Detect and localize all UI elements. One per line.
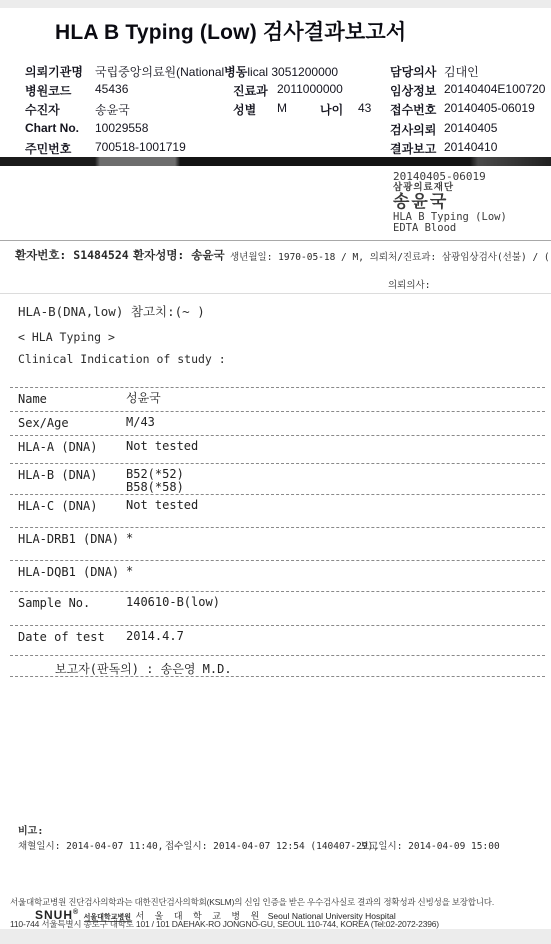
row-label: HLA-A (DNA) [18, 440, 126, 463]
field-value-request-org: 국립중앙의료원(National병동lical 3051200000 [95, 63, 338, 80]
row-value: B52(*52) B58(*58) [126, 468, 184, 494]
patient-name: 환자성명: 송윤국 [133, 247, 225, 263]
row-label: HLA-C (DNA) [18, 499, 126, 527]
patient-birth-info: 생년월일: 1970-05-18 / M, 의뢰처/진료과: 삼광임상검사(선불… [230, 249, 550, 263]
field-value-sex: M [277, 101, 287, 115]
table-row: HLA-DQB1 (DNA)* [10, 561, 545, 592]
result-table: Name성윤국 Sex/AgeM/43 HLA-A (DNA)Not teste… [10, 387, 545, 677]
field-value-department: 2011000000 [277, 82, 343, 96]
row-value: Not tested [126, 440, 198, 463]
collect-time: 채혈일시: 2014-04-07 11:40, [18, 838, 163, 852]
bottom-margin-strip [0, 929, 551, 944]
field-value-doctor: 김대인 [444, 63, 479, 80]
registered-mark: ® [73, 909, 79, 916]
field-label-doctor: 담당의사 [390, 63, 436, 80]
request-org-part1: 국립중앙의료원(National [95, 65, 224, 79]
field-label-result-report: 결과보고 [390, 140, 436, 157]
field-label-receipt-no: 접수번호 [390, 101, 436, 118]
field-value-chart-no: 10029558 [95, 121, 148, 135]
row-label: Sample No. [18, 596, 126, 625]
field-value-test-request: 20140405 [444, 121, 497, 135]
field-label-hospital-code: 병원코드 [25, 82, 71, 99]
remarks-label: 비고: [18, 822, 43, 837]
table-row: Sample No.140610-B(low) [10, 592, 545, 626]
request-org-part2: lical 3051200000 [247, 65, 338, 79]
row-label: Sex/Age [18, 416, 126, 435]
field-value-age: 43 [358, 101, 371, 115]
field-value-resident-no: 700518-1001719 [95, 140, 186, 154]
row-value: 140610-B(low) [126, 596, 220, 625]
table-row: Sex/AgeM/43 [10, 412, 545, 436]
row-value: * [126, 532, 133, 560]
request-org-overlap: 병동 [224, 65, 247, 79]
table-row: HLA-DRB1 (DNA)* [10, 528, 545, 561]
field-value-clinical-info: 20140404E100720 [444, 82, 545, 96]
table-row: Name성윤국 [10, 388, 545, 412]
receipt-time: 접수일시: 2014-04-07 12:54 (140407-29), [165, 838, 379, 852]
stamp-patient-name: 송윤국 [393, 194, 545, 212]
row-value: 2014.4.7 [126, 630, 184, 655]
field-label-clinical-info: 임상정보 [390, 82, 436, 99]
field-label-request-org: 의뢰기관명 [25, 63, 83, 80]
stamp-receipt-no: 20140405-06019 [393, 171, 545, 183]
report-time: 보고일시: 2014-04-09 15:00 [360, 838, 500, 852]
row-value: M/43 [126, 416, 155, 435]
field-label-test-request: 검사의뢰 [390, 121, 436, 138]
field-value-receipt-no: 20140405-06019 [444, 101, 535, 115]
row-label: HLA-DQB1 (DNA) [18, 565, 126, 591]
row-value: Not tested [126, 499, 198, 527]
clinical-indication-line: Clinical Indication of study : [18, 352, 226, 366]
row-value: 성윤국 [126, 392, 161, 411]
field-value-hospital-code: 45436 [95, 82, 128, 96]
row-label: Name [18, 392, 126, 411]
field-value-patient: 송윤국 [95, 101, 130, 118]
field-label-resident-no: 주민번호 [25, 140, 71, 157]
top-margin-strip [0, 0, 551, 8]
row-value: * [126, 565, 133, 591]
field-label-chart-no: Chart No. [25, 121, 79, 135]
faint-divider-line [0, 293, 551, 294]
reporter-line: 보고자(판독의) : 송은영 M.D. [55, 660, 232, 676]
field-value-result-report: 20140410 [444, 140, 497, 154]
table-row: Date of test2014.4.7 [10, 626, 545, 656]
field-label-department: 진료과 [233, 82, 268, 99]
stamp-specimen-type: EDTA Blood [393, 223, 545, 234]
page-title: HLA B Typing (Low) 검사결과보고서 [55, 16, 406, 46]
table-row: HLA-C (DNA)Not tested [10, 495, 545, 528]
patient-number: 환자번호: S1484524 [15, 247, 129, 263]
row-label: HLA-B (DNA) [18, 468, 126, 494]
field-label-patient: 수진자 [25, 101, 60, 118]
specimen-stamp: 20140405-06019 삼광의료재단 송윤국 HLA B Typing (… [393, 171, 545, 234]
table-row: HLA-B (DNA)B52(*52) B58(*58) [10, 464, 545, 495]
row-label: Date of test [18, 630, 126, 655]
section-heading: < HLA Typing > [18, 330, 115, 344]
row-label: HLA-DRB1 (DNA) [18, 532, 126, 560]
reporter-row: 보고자(판독의) : 송은영 M.D. [10, 656, 545, 677]
field-label-age: 나이 [320, 101, 343, 118]
scan-divider-bar [0, 157, 551, 166]
table-row: HLA-A (DNA)Not tested [10, 436, 545, 464]
report-page: HLA B Typing (Low) 검사결과보고서 의뢰기관명 국립중앙의료원… [0, 0, 551, 944]
divider-line [0, 240, 551, 241]
request-doctor-label: 의뢰의사: [388, 277, 430, 291]
field-label-sex: 성별 [233, 101, 256, 118]
reference-range-line: HLA-B(DNA,low) 참고치:(~ ) [18, 302, 205, 320]
